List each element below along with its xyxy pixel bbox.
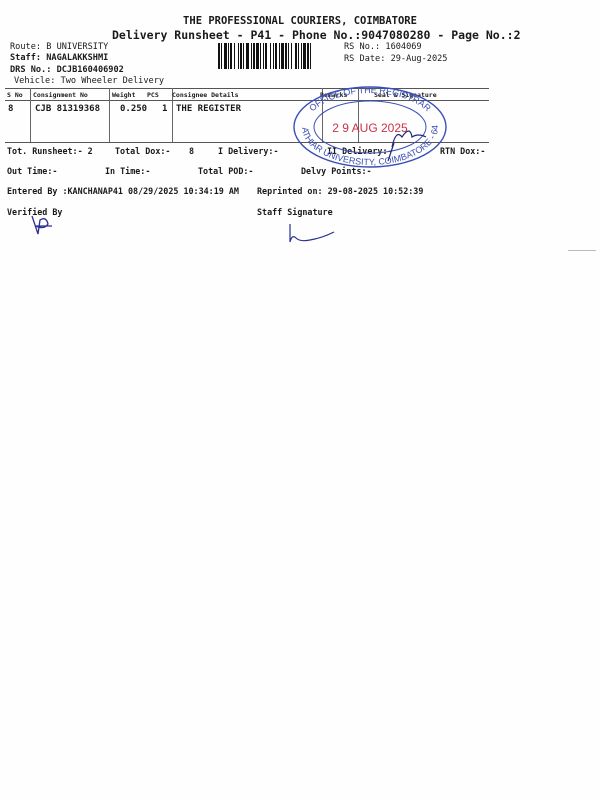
scan-artifact [568, 250, 596, 251]
cell-pcs: 1 [162, 104, 167, 114]
header-sno: S No [7, 91, 23, 99]
total-pod: Total POD:- [198, 166, 253, 176]
runsheet-subtitle: Delivery Runsheet - P41 - Phone No.:9047… [112, 28, 521, 42]
vehicle-label: Vehicle: Two Wheeler Delivery [14, 76, 164, 86]
header-weight: Weight [112, 91, 135, 99]
i-delivery: I Delivery:- [218, 146, 279, 156]
entered-by: Entered By :KANCHANAP41 08/29/2025 10:34… [7, 186, 239, 196]
rs-number: RS No.: 1604069 [344, 42, 422, 52]
stamp-date: 2 9 AUG 2025 [332, 121, 408, 135]
header-consignee-details: Consignee Details [172, 91, 239, 99]
staff-signature-icon [286, 222, 336, 244]
col-divider [109, 88, 110, 142]
barcode-icon [218, 43, 340, 69]
header-consignment-no: Consignment No [33, 91, 88, 99]
total-dox-label: Total Dox:- [115, 146, 170, 156]
staff-label: Staff: NAGALAKKSHMI [10, 53, 108, 63]
svg-text:OFFICE OF THE REGISTRAR: OFFICE OF THE REGISTRAR [307, 85, 433, 114]
registrar-stamp-icon: OFFICE OF THE REGISTRAR BHARATHIAR UNIVE… [292, 85, 448, 169]
verifier-signature-icon [28, 212, 58, 238]
staff-signature-label: Staff Signature [257, 207, 333, 217]
rs-date: RS Date: 29-Aug-2025 [344, 54, 447, 64]
drs-number: DRS No.: DCJB160406902 [10, 65, 124, 75]
cell-consignment-no: CJB 81319368 [35, 104, 100, 114]
header-pcs: PCS [147, 91, 159, 99]
stamp-top-text: OFFICE OF THE REGISTRAR [307, 85, 433, 114]
out-time: Out Time:- [7, 166, 57, 176]
cell-weight: 0.250 [120, 104, 147, 114]
col-divider [30, 88, 31, 142]
company-title: THE PROFESSIONAL COURIERS, COIMBATORE [0, 15, 600, 27]
cell-sno: 8 [8, 104, 13, 114]
cell-consignee: THE REGISTER [176, 104, 241, 114]
total-dox-value: 8 [189, 146, 194, 156]
tot-runsheet: Tot. Runsheet:- 2 [7, 146, 93, 156]
in-time: In Time:- [105, 166, 150, 176]
route-label: Route: B UNIVERSITY [10, 42, 108, 52]
reprinted-on: Reprinted on: 29-08-2025 10:52:39 [257, 186, 423, 196]
